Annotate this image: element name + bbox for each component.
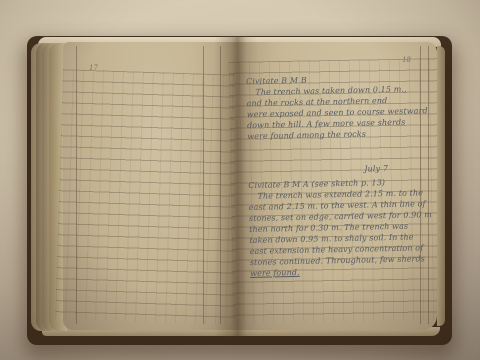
notebook-photo: 17 18 Civitate B M B The trench was take…: [0, 0, 480, 360]
right-page: 18 Civitate B M B The trench was taken d…: [235, 42, 437, 330]
entry-date: July 7: [248, 162, 434, 177]
page-number: 17: [89, 64, 98, 72]
margin-line: [203, 46, 204, 324]
right-page-edge-stack: [437, 46, 445, 326]
margin-line: [76, 46, 77, 324]
journal-entry: Civitate B M B The trench was taken down…: [246, 72, 433, 142]
left-page-ruling: [55, 69, 243, 325]
left-page: 17: [63, 42, 235, 330]
left-page-edge-stack: [31, 43, 67, 331]
open-notebook: 17 18 Civitate B M B The trench was take…: [30, 36, 448, 338]
handwritten-entries: Civitate B M B The trench was taken down…: [246, 72, 436, 279]
page-number: 18: [402, 56, 411, 64]
journal-entry: Civitate B M A (see sketch p. 13) The tr…: [248, 176, 436, 279]
margin-line: [220, 46, 221, 324]
